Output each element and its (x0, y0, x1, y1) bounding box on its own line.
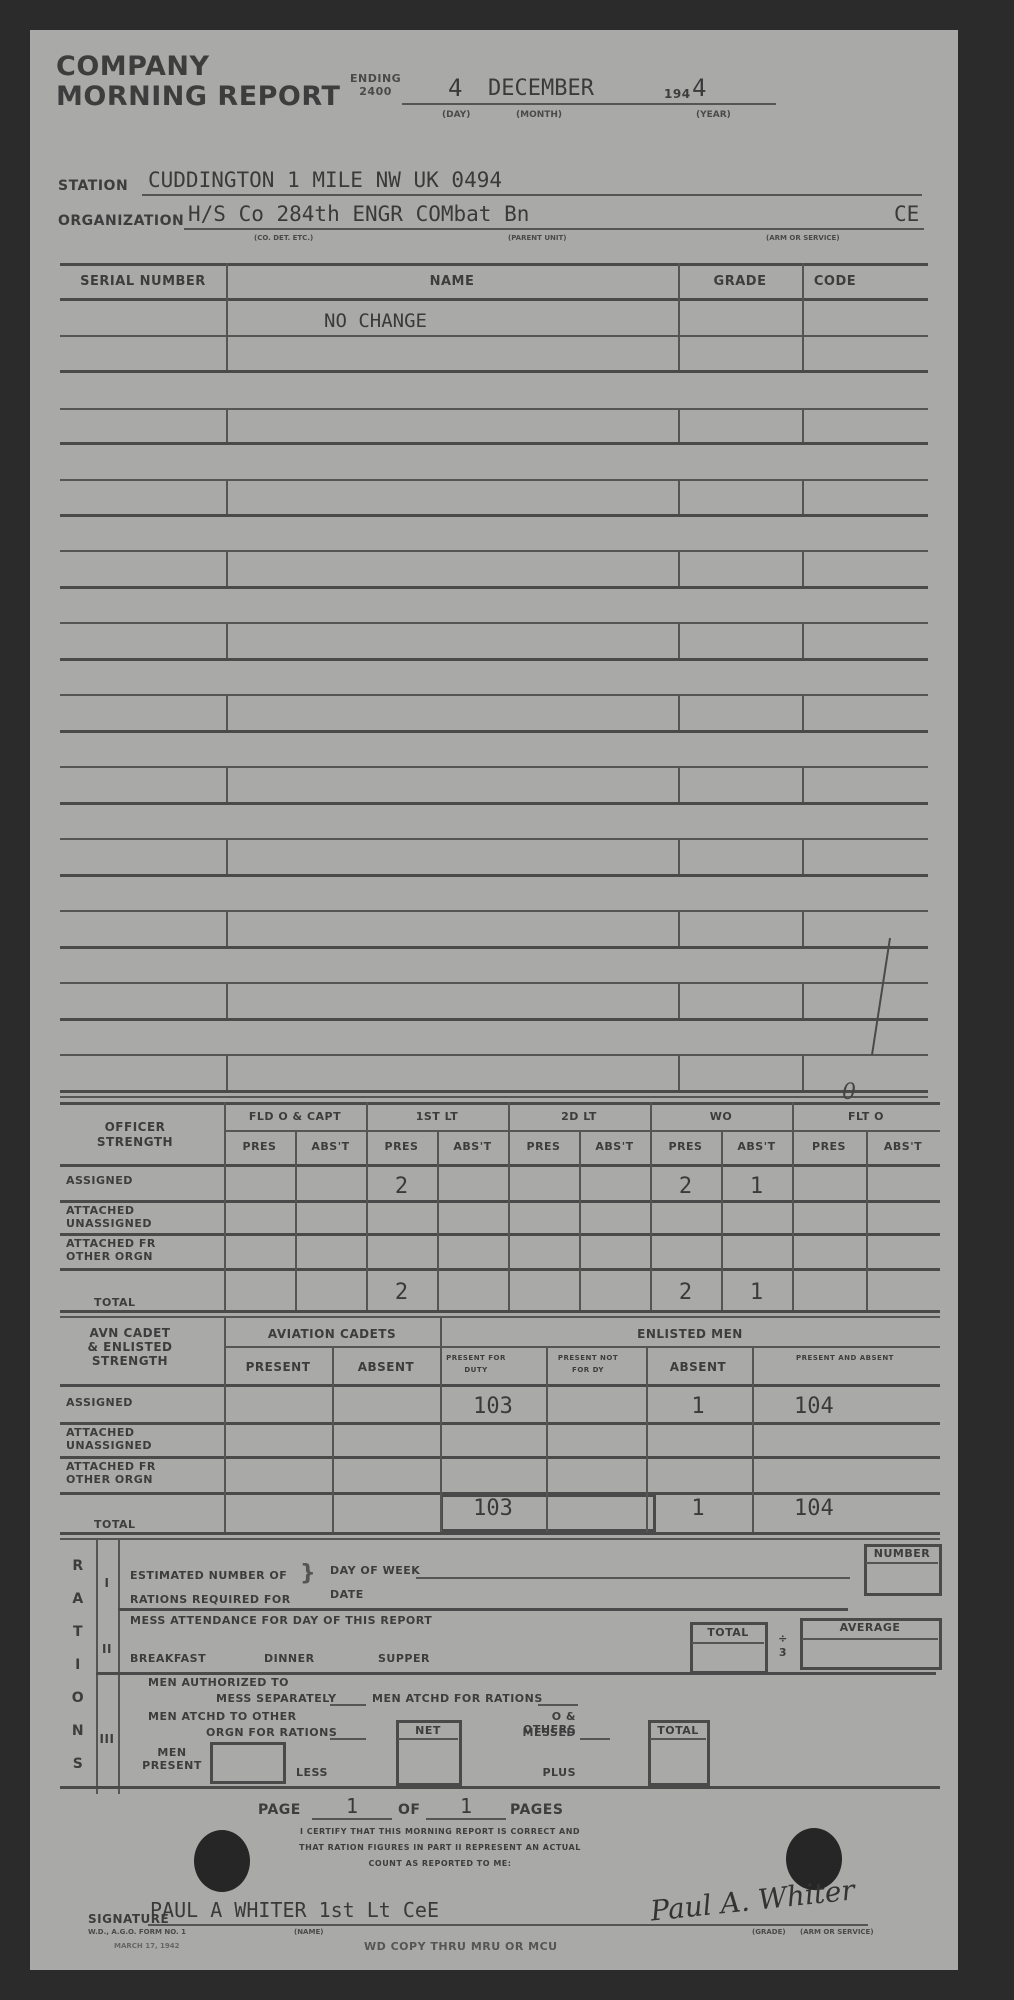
part-2-numeral: II (96, 1642, 118, 1656)
certification-text: I CERTIFY THAT THIS MORNING REPORT IS CO… (190, 1824, 690, 1872)
day-of-week-field[interactable] (416, 1577, 850, 1579)
handwritten-signature: Paul A. Whiter (649, 1873, 856, 1927)
atchd-other-line2: ORGN FOR RATIONS (206, 1726, 337, 1739)
atchd-other-field[interactable] (330, 1738, 366, 1740)
side-letter: O (66, 1682, 90, 1715)
date-label: DATE (330, 1588, 364, 1601)
sub-pres: PRES (224, 1140, 295, 1153)
officer-title-line2: STRENGTH (60, 1135, 210, 1150)
enlisted-title-line3: STRENGTH (60, 1354, 200, 1368)
row-attached-unassigned-label: ATTACHED UNASSIGNED (66, 1204, 196, 1230)
men-present-field[interactable] (210, 1742, 286, 1784)
roster-row-1-name: NO CHANGE (324, 310, 427, 332)
officer-title-line1: OFFICER (60, 1120, 210, 1135)
signature-typed-name: PAUL A WHITER 1st Lt CeE (150, 1898, 439, 1922)
col-present-and-absent: PRESENT AND ABSENT (790, 1352, 900, 1364)
ending-word: ENDING (350, 72, 401, 85)
col-absent: ABSENT (646, 1360, 750, 1374)
mess-separately-line2: MESS SEPARATELY (216, 1692, 337, 1705)
station-underline (142, 194, 922, 196)
divide-by-three: ÷ 3 (774, 1632, 792, 1660)
col-serial-number: SERIAL NUMBER (60, 274, 226, 289)
mess-separately-field[interactable] (330, 1704, 366, 1706)
morning-report-form: COMPANY MORNING REPORT ENDING 2400 4 DEC… (30, 30, 958, 1970)
rations-side-label: R A T I O N S (66, 1550, 90, 1781)
side-letter: A (66, 1583, 90, 1616)
enl-assigned-present-and-absent: 104 (752, 1394, 940, 1419)
year-prefix: 194 (664, 87, 691, 101)
group-1st-lt: 1ST LT (366, 1110, 508, 1123)
dinner-label: DINNER (264, 1652, 315, 1665)
group-2d-lt: 2D LT (508, 1110, 650, 1123)
arm-of-service-value: CE (894, 202, 919, 226)
of-label: OF (398, 1802, 420, 1818)
ending-time: 2400 (350, 85, 401, 98)
enl-row-attached-fr-other-orgn-label: ATTACHED FR OTHER ORGN (66, 1460, 196, 1486)
total-1st-lt-pres: 2 (366, 1280, 437, 1305)
average-label: AVERAGE (802, 1621, 938, 1634)
parent-unit-caption: (PARENT UNIT) (508, 234, 566, 242)
report-year-suffix: 4 (692, 74, 706, 102)
col-name: NAME (226, 274, 678, 289)
sub-pres: PRES (792, 1140, 866, 1153)
col-cadets-present: PRESENT (224, 1360, 332, 1374)
name-caption: (NAME) (294, 1928, 323, 1936)
group-aviation-cadets: AVIATION CADETS (224, 1327, 440, 1341)
roster-top-line (60, 263, 928, 266)
roster-header-line (60, 298, 928, 301)
station-value: CUDDINGTON 1 MILE NW UK 0494 (148, 168, 502, 192)
part-1-numeral: I (96, 1576, 118, 1590)
sub-pres: PRES (508, 1140, 579, 1153)
part-3-numeral: III (96, 1732, 118, 1746)
sub-abst: ABS'T (437, 1140, 508, 1153)
report-month: DECEMBER (488, 76, 594, 101)
total-wo-abst: 1 (721, 1280, 792, 1305)
total-label: TOTAL (692, 1626, 764, 1639)
day-of-week-label: DAY OF WEEK (330, 1564, 420, 1577)
net-label: NET (398, 1724, 458, 1737)
organization-label: ORGANIZATION (58, 213, 184, 229)
year-caption: (YEAR) (696, 110, 731, 120)
enl-total-present-for-duty: 103 (440, 1496, 546, 1521)
men-present-label: MEN PRESENT (136, 1746, 208, 1772)
group-enlisted-men: ENLISTED MEN (440, 1327, 940, 1341)
breakfast-label: BREAKFAST (130, 1652, 206, 1665)
side-letter: T (66, 1616, 90, 1649)
men-present-line2: PRESENT (136, 1759, 208, 1772)
title-line-2: MORNING REPORT (56, 82, 340, 112)
plus-label: PLUS (510, 1766, 576, 1779)
station-label: STATION (58, 178, 128, 194)
part-1-label: ESTIMATED NUMBER OF RATIONS REQUIRED FOR (130, 1564, 291, 1612)
enl-row-attached-unassigned-label: ATTACHED UNASSIGNED (66, 1426, 196, 1452)
side-letter: I (66, 1649, 90, 1682)
page-total: 1 (426, 1794, 506, 1818)
row-total-label: TOTAL (94, 1296, 136, 1309)
atchd-other-line1: MEN ATCHD TO OTHER (148, 1710, 297, 1723)
day-caption: (DAY) (442, 110, 470, 120)
sub-pres: PRES (366, 1140, 437, 1153)
mess-separately-line1: MEN AUTHORIZED TO (148, 1676, 289, 1689)
sub-abst: ABS'T (866, 1140, 940, 1153)
less-label: LESS (296, 1766, 328, 1779)
mess-attendance-title: MESS ATTENDANCE FOR DAY OF THIS REPORT (130, 1614, 432, 1627)
sub-abst: ABS'T (295, 1140, 366, 1153)
brace-icon: } (300, 1564, 316, 1584)
enl-row-assigned-label: ASSIGNED (66, 1396, 133, 1409)
total-label-3: TOTAL (650, 1724, 706, 1737)
certify-line2: THAT RATION FIGURES IN PART II REPRESENT… (190, 1840, 690, 1856)
men-present-line1: MEN (136, 1746, 208, 1759)
copy-note: WD COPY THRU MRU OR MCU (364, 1940, 558, 1953)
row-assigned-label: ASSIGNED (66, 1174, 133, 1187)
group-fld-o-capt: FLD O & CAPT (224, 1110, 366, 1123)
col-present-not-for-dy: PRESENT NOT FOR DY (550, 1352, 626, 1376)
atchd-for-rations-label: MEN ATCHD FOR RATIONS (372, 1692, 543, 1705)
organization-value: H/S Co 284th ENGR COMbat Bn (188, 202, 529, 226)
side-letter: S (66, 1748, 90, 1781)
date-underline (402, 103, 776, 105)
total-wo-pres: 2 (650, 1280, 721, 1305)
arm-of-service-caption: (ARM OR SERVICE) (800, 1928, 874, 1936)
month-caption: (MONTH) (516, 110, 562, 120)
enl-row-total-label: TOTAL (94, 1518, 136, 1531)
side-letter: R (66, 1550, 90, 1583)
handwritten-check-mark-icon (860, 930, 900, 1090)
enl-assigned-present-for-duty: 103 (440, 1394, 546, 1419)
atchd-for-rations-field[interactable] (538, 1704, 578, 1706)
assigned-1st-lt-pres: 2 (366, 1174, 437, 1199)
group-wo: WO (650, 1110, 792, 1123)
title-line-1: COMPANY (56, 52, 340, 82)
others-line2: MESSED (510, 1726, 576, 1739)
officer-strength-title: OFFICER STRENGTH (60, 1120, 210, 1150)
arm-caption: (ARM OR SERVICE) (766, 234, 840, 242)
pages-label: PAGES (510, 1802, 563, 1818)
page-label: PAGE (258, 1802, 301, 1818)
col-present-for-duty: PRESENT FOR DUTY (444, 1352, 508, 1376)
enlisted-title-line2: & ENLISTED (60, 1340, 200, 1354)
group-flt-o: FLT O (792, 1110, 940, 1123)
side-letter: N (66, 1715, 90, 1748)
enl-total-present-and-absent: 104 (794, 1496, 834, 1521)
form-id: W.D., A.G.O. FORM NO. 1 (88, 1928, 186, 1936)
row-attached-fr-other-orgn-label: ATTACHED FR OTHER ORGN (66, 1237, 196, 1263)
enlisted-strength-title: AVN CADET & ENLISTED STRENGTH (60, 1326, 200, 1368)
certify-line1: I CERTIFY THAT THIS MORNING REPORT IS CO… (190, 1824, 690, 1840)
report-day: 4 (448, 74, 462, 102)
supper-label: SUPPER (378, 1652, 430, 1665)
col-cadets-absent: ABSENT (332, 1360, 440, 1374)
col-grade: GRADE (678, 274, 802, 289)
organization-underline (184, 228, 924, 230)
grade-caption: (GRADE) (752, 1928, 786, 1936)
form-date: MARCH 17, 1942 (114, 1942, 180, 1950)
punch-hole-left-icon (194, 1830, 250, 1892)
sub-abst: ABS'T (579, 1140, 650, 1153)
form-title: COMPANY MORNING REPORT (56, 52, 340, 112)
co-caption: (CO. DET. ETC.) (254, 234, 313, 242)
col-code: CODE (802, 274, 868, 289)
assigned-wo-abst: 1 (721, 1174, 792, 1199)
others-messed-field[interactable] (580, 1738, 610, 1740)
sub-pres: PRES (650, 1140, 721, 1153)
part-1-line1: ESTIMATED NUMBER OF (130, 1564, 291, 1588)
enl-total-absent: 1 (646, 1496, 750, 1521)
number-label: NUMBER (866, 1547, 938, 1560)
certify-line3: COUNT AS REPORTED TO ME: (190, 1856, 690, 1872)
assigned-wo-pres: 2 (650, 1174, 721, 1199)
ending-label: ENDING 2400 (350, 72, 401, 98)
enl-assigned-absent: 1 (646, 1394, 750, 1419)
enlisted-title-line1: AVN CADET (60, 1326, 200, 1340)
sub-abst: ABS'T (721, 1140, 792, 1153)
page-number: 1 (312, 1794, 392, 1818)
